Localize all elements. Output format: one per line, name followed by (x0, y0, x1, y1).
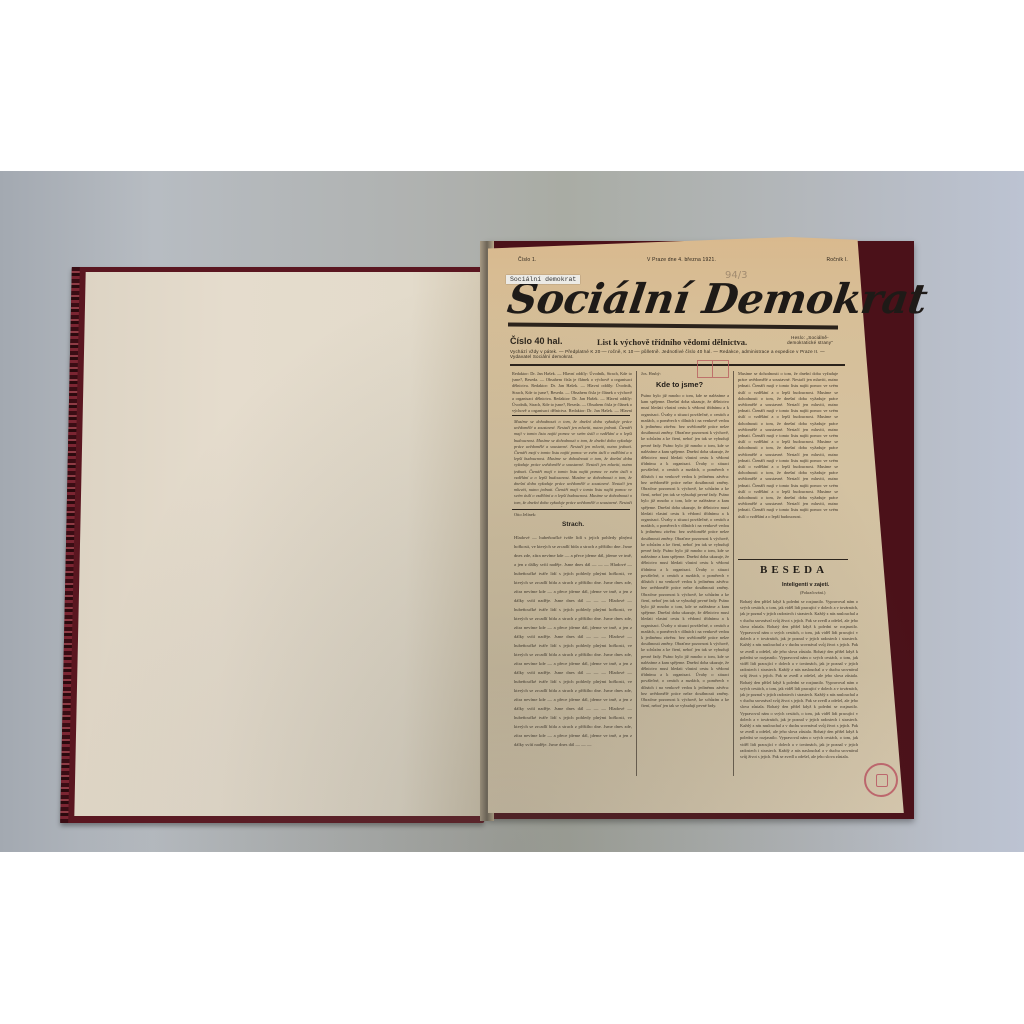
poem-text: Hladové — hubeňoučké tváře lidí s jejich… (514, 533, 632, 773)
beseda-text: Bohatý den přišel když k poledni se rozj… (740, 599, 858, 777)
article-byline: Jos. Hrubý: (641, 371, 681, 378)
right-column-text: Musíme se dohodnouti o tom, že dnešní do… (738, 371, 838, 556)
price-label: Číslo 40 hal. (510, 336, 563, 346)
column-divider (733, 371, 734, 776)
issue-number: Číslo 1. (518, 257, 537, 263)
motto-info: Heslo: „Sociálně-demokratické strany“ (780, 335, 840, 345)
editorial-text: Musíme se dohodnouti o tom, že dnešní do… (514, 419, 632, 507)
beseda-subheading: Inteligenti v zajetí. (782, 582, 829, 588)
masthead-top-line: Číslo 1. V Praze dne 4. března 1921. Roč… (518, 257, 848, 263)
issue-date: V Praze dne 4. března 1921. (647, 257, 716, 263)
pencil-annotation: 94/3 (725, 270, 747, 281)
beseda-heading: BESEDA (760, 564, 828, 576)
column-rule (512, 415, 630, 416)
photo-background: Číslo 1. V Praze dne 4. března 1921. Roč… (0, 171, 1024, 852)
article-heading-kde-to-jsme: Kde to jsme? (656, 380, 703, 389)
article-heading-strach: Strach. (562, 521, 584, 528)
article-text: Psáno bylo již mnoho o tom, kde se naléz… (641, 393, 729, 778)
library-label-sticker: Sociální demokrat (506, 275, 580, 284)
column-rule (738, 559, 848, 560)
masthead-rule (510, 364, 845, 366)
newspaper-subtitle: List k výchově třídního vědomí dělnictva… (597, 337, 747, 347)
article-byline: Otto Jelínek: (514, 512, 574, 519)
column-rule (512, 509, 630, 510)
beseda-note: (Pokračování.) (800, 590, 840, 596)
red-library-stamp (697, 360, 729, 378)
column-divider (636, 371, 637, 776)
volume-number: Ročník I. (826, 257, 848, 263)
library-round-stamp (864, 763, 898, 797)
intro-text: Redaktor: Dr. Jan Hašek. — Hlavní oddíly… (512, 371, 632, 413)
blank-endpaper (74, 272, 493, 816)
subscription-info: Vychází vždy v pátek. — Předplatné K 20·… (510, 349, 840, 359)
